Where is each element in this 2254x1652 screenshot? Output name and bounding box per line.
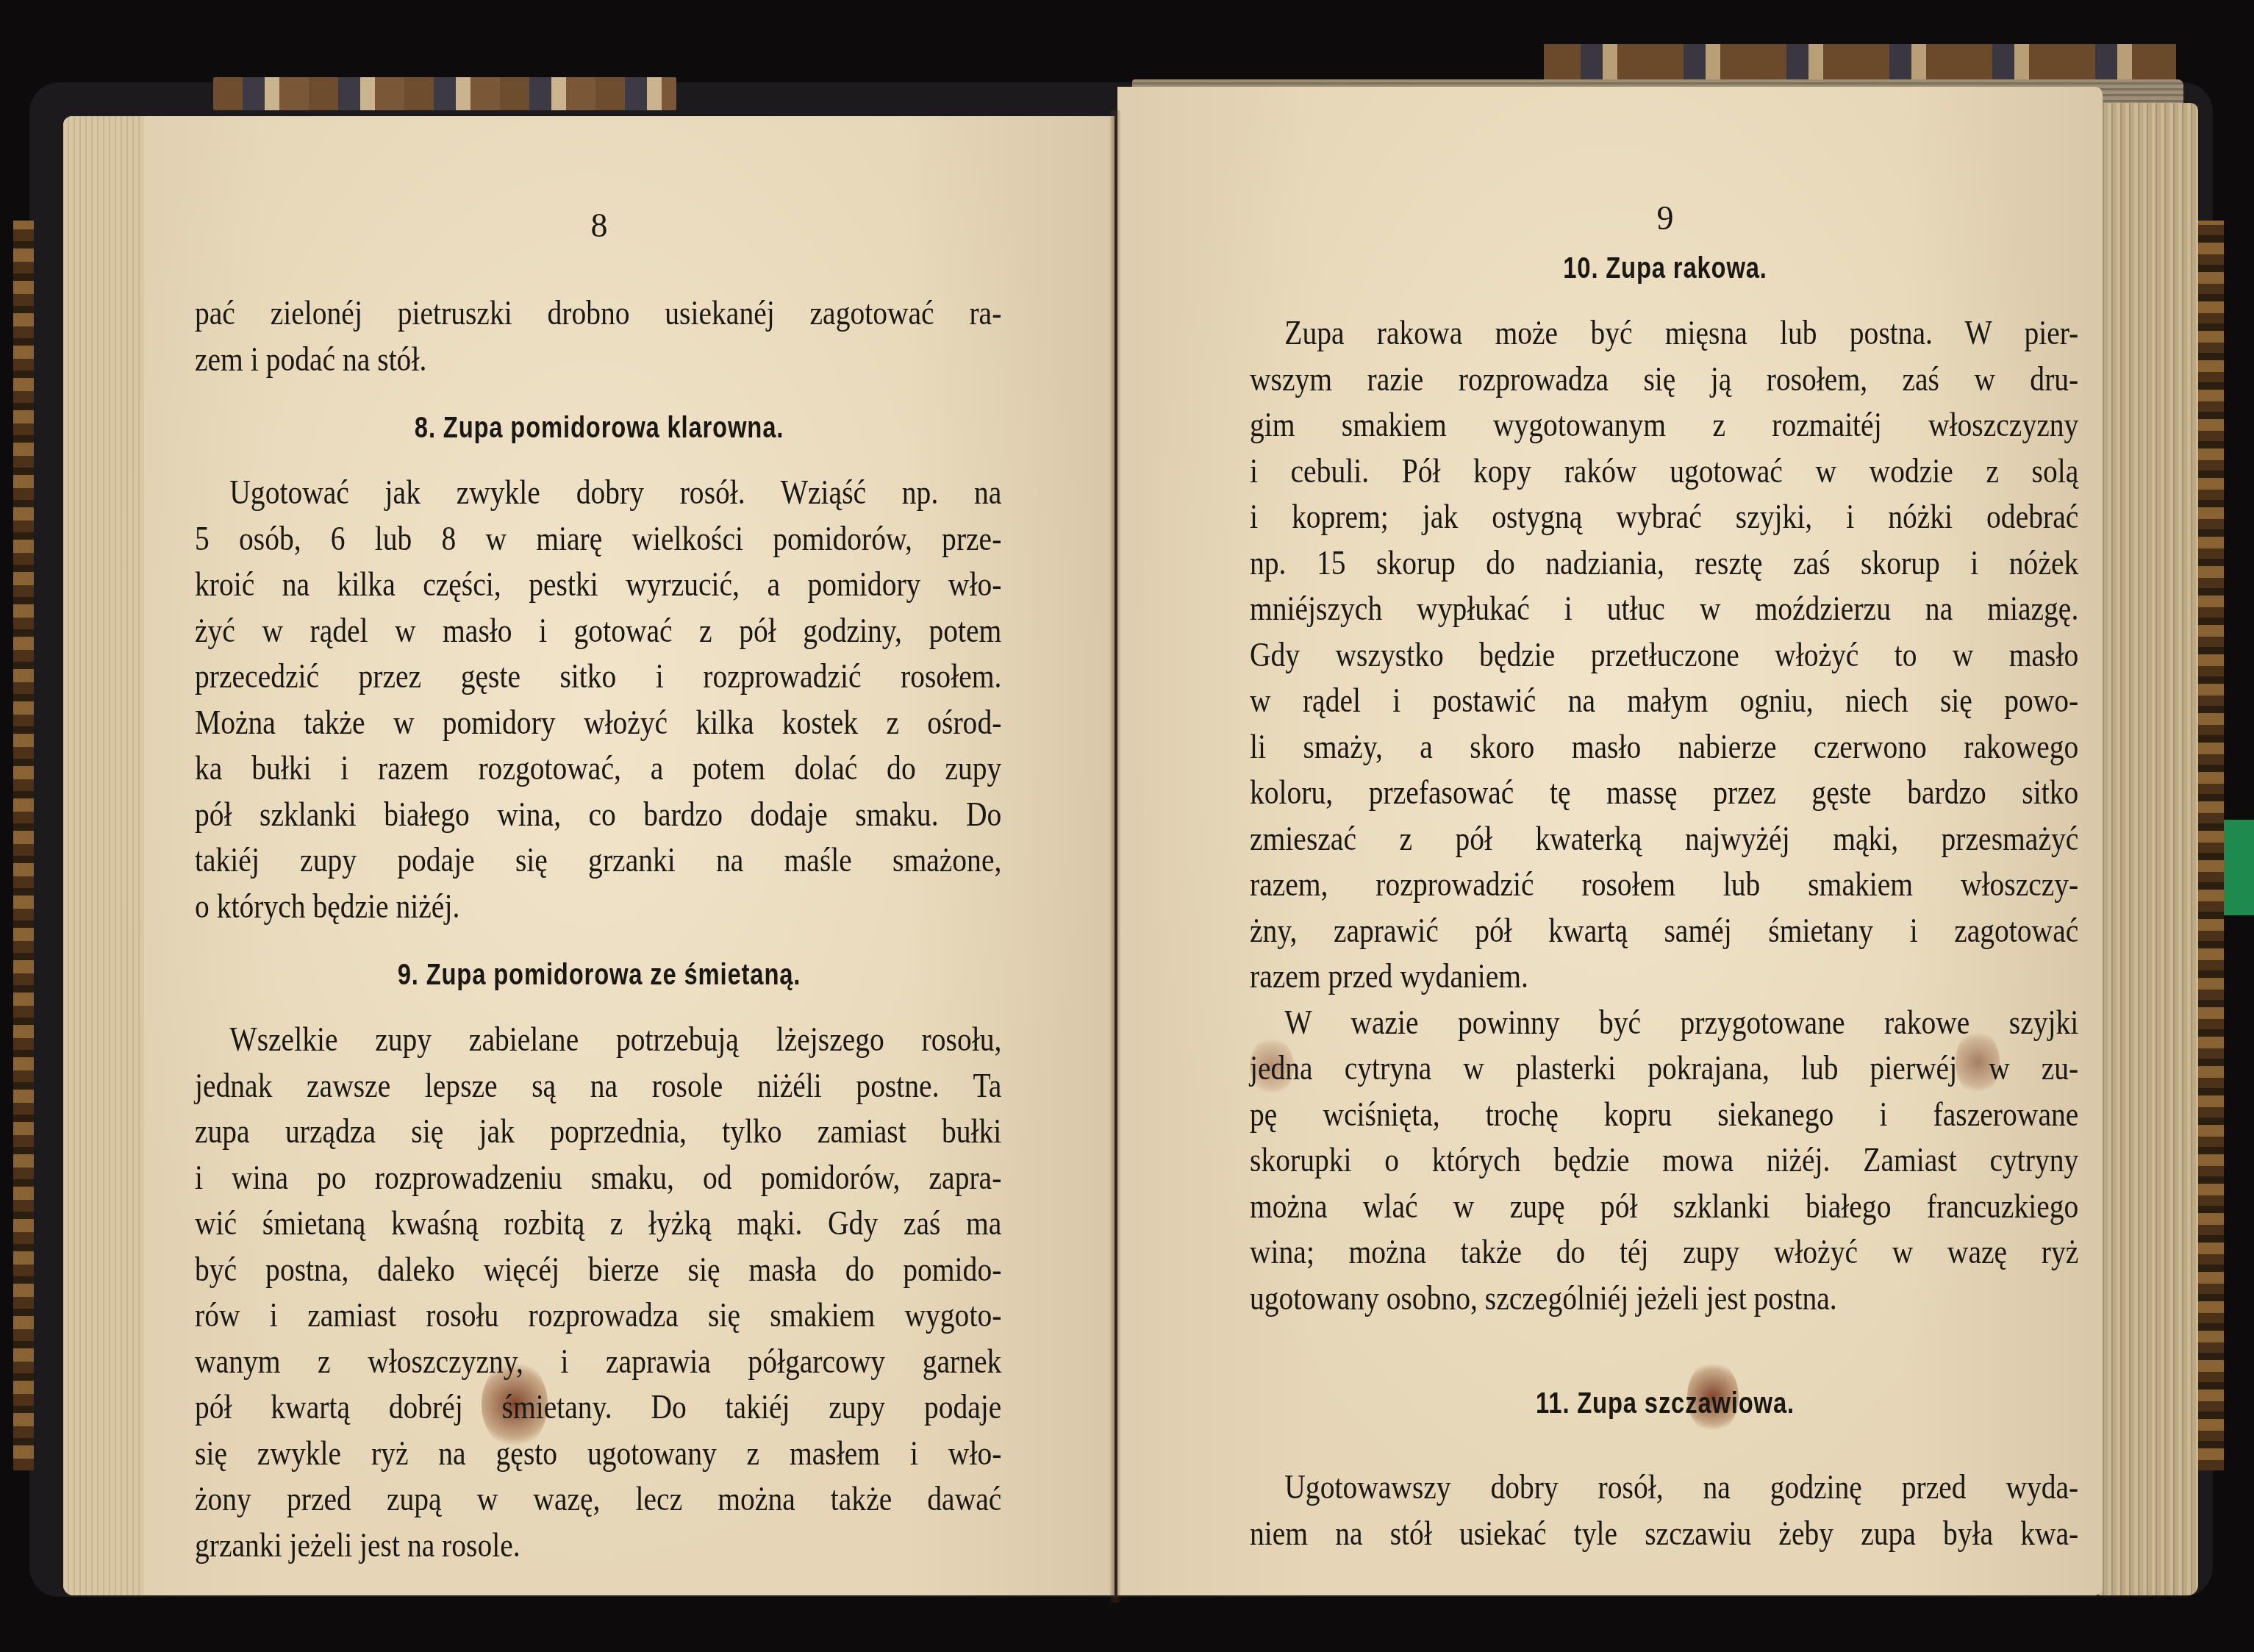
marbled-cover-edge-left <box>13 221 34 1470</box>
text-line: zmieszać z pół kwaterką najwyżéj mąki, p… <box>1250 816 2078 862</box>
text-line: ugotowany osobno, szczególniéj jeżeli je… <box>1250 1276 2078 1322</box>
page-number: 9 <box>1250 199 2081 237</box>
text-line: żony przed zupą w wazę, lecz można także… <box>195 1476 1001 1523</box>
text-line: pół szklanki białego wina, co bardzo dod… <box>195 792 1001 838</box>
page-number: 8 <box>195 206 1003 245</box>
text-line: 5 osób, 6 lub 8 w miarę wielkości pomido… <box>195 516 1001 562</box>
text-line: mniéjszych wypłukać i utłuc w moździerzu… <box>1250 586 2078 632</box>
page-stack-left <box>63 116 144 1595</box>
text-line: być postna, daleko więcéj bierze się mas… <box>195 1247 1001 1293</box>
text-line: wina; można także do téj zupy włożyć w w… <box>1250 1229 2078 1276</box>
page-stack-right <box>2099 103 2198 1595</box>
section-heading: 8. Zupa pomidorowa klarowna. <box>268 412 931 445</box>
paragraph: Ugotowawszy dobry rosół, na godzinę prze… <box>1250 1465 2081 1556</box>
section-heading: 10. Zupa rakowa. <box>1325 252 2006 285</box>
text-line: wszym razie rozprowadza się ją rosołem, … <box>1250 357 2078 403</box>
paragraph: Wszelkie zupy zabielane potrzebują lżejs… <box>195 1017 1003 1568</box>
text-line: koloru, przefasować tę massę przez gęste… <box>1250 770 2078 816</box>
text-line: jedna cytryna w plasterki pokrajana, lub… <box>1250 1045 2078 1092</box>
text-line: takiéj zupy podaje się grzanki na maśle … <box>195 837 1001 884</box>
text-line: można wlać w zupę pół szklanki białego f… <box>1250 1184 2078 1230</box>
paragraph: pać zielonéj pietruszki drobno usiekanéj… <box>195 290 1003 382</box>
text-line: i wina po rozprowadzeniu smaku, od pomid… <box>195 1155 1001 1201</box>
book-gutter <box>1110 110 1120 1603</box>
text-line: kroić na kilka części, pestki wyrzucić, … <box>195 562 1001 608</box>
text-line: skorupki o których będzie mowa niżéj. Za… <box>1250 1137 2078 1184</box>
text-line: grzanki jeżeli jest na rosole. <box>195 1523 1001 1569</box>
section-heading: 9. Zupa pomidorowa ze śmietaną. <box>268 959 931 992</box>
text-line: niem na stół usiekać tyle szczawiu żeby … <box>1250 1511 2078 1557</box>
text-line: zem i podać na stół. <box>195 337 1001 383</box>
text-line: pać zielonéj pietruszki drobno usiekanéj… <box>195 290 1001 337</box>
marbled-headband-left <box>213 77 676 110</box>
text-line: zupa urządza się jak poprzednia, tylko z… <box>195 1109 1001 1155</box>
right-page-text: 9 10. Zupa rakowa. Zupa rakowa może być … <box>1250 199 2081 1556</box>
text-line: i cebuli. Pół kopy raków ugotować w wodz… <box>1250 448 2078 495</box>
paragraph: W wazie powinny być przygotowane rakowe … <box>1250 1000 2081 1322</box>
text-line: ka bułki i razem rozgotować, a potem dol… <box>195 745 1001 792</box>
text-line: żny, zaprawić pół kwartą saméj śmietany … <box>1250 908 2078 954</box>
paragraph: Ugotować jak zwykle dobry rosół. Wziąść … <box>195 470 1003 929</box>
text-line: razem przed wydaniem. <box>1250 954 2078 1000</box>
text-line: W wazie powinny być przygotowane rakowe … <box>1250 1000 2078 1046</box>
text-line: rów i zamiast rosołu rozprowadza się sma… <box>195 1292 1001 1339</box>
text-line: przecedzić przez gęste sitko i rozprowad… <box>195 654 1001 700</box>
text-line: np. 15 skorup do nadziania, resztę zaś s… <box>1250 540 2078 587</box>
text-line: o których będzie niżéj. <box>195 884 1001 930</box>
section-heading: 11. Zupa szczawiowa. <box>1325 1387 2006 1420</box>
text-line: Wszelkie zupy zabielane potrzebują lżejs… <box>195 1017 1001 1063</box>
text-line: Ugotować jak zwykle dobry rosół. Wziąść … <box>195 470 1001 516</box>
text-line: razem, rozprowadzić rosołem lub smakiem … <box>1250 862 2078 908</box>
text-line: li smaży, a skoro masło nabierze czerwon… <box>1250 724 2078 770</box>
text-line: jednak zawsze lepsze są na rosole niżéli… <box>195 1063 1001 1109</box>
text-line: w rądel i postawić na małym ogniu, niech… <box>1250 678 2078 724</box>
left-page-text: 8 pać zielonéj pietruszki drobno usiekan… <box>195 206 1003 1568</box>
text-line: i koprem; jak ostygną wybrać szyjki, i n… <box>1250 494 2078 540</box>
paragraph: Zupa rakowa może być mięsna lub postna. … <box>1250 310 2081 1000</box>
text-line: pół kwartą dobréj śmietany. Do takiéj zu… <box>195 1384 1001 1431</box>
text-line: gim smakiem wygotowanym z rozmaitéj włos… <box>1250 402 2078 448</box>
text-line: wanym z włoszczyzny, i zaprawia półgarco… <box>195 1339 1001 1385</box>
text-line: Zupa rakowa może być mięsna lub postna. … <box>1250 310 2078 357</box>
text-line: żyć w rądel w masło i gotować z pół godz… <box>195 608 1001 654</box>
text-line: wić śmietaną kwaśną rozbitą z łyżką mąki… <box>195 1201 1001 1247</box>
text-line: Można także w pomidory włożyć kilka kost… <box>195 700 1001 746</box>
text-line: się zwykle ryż na gęsto ugotowany z masł… <box>195 1431 1001 1477</box>
text-line: pę wciśnięta, trochę kopru siekanego i f… <box>1250 1092 2078 1138</box>
text-line: Gdy wszystko będzie przetłuczone włożyć … <box>1250 632 2078 679</box>
text-line: Ugotowawszy dobry rosół, na godzinę prze… <box>1250 1465 2078 1511</box>
marbled-headband-right <box>1544 44 2176 81</box>
bookmark-ribbon <box>2224 820 2254 915</box>
